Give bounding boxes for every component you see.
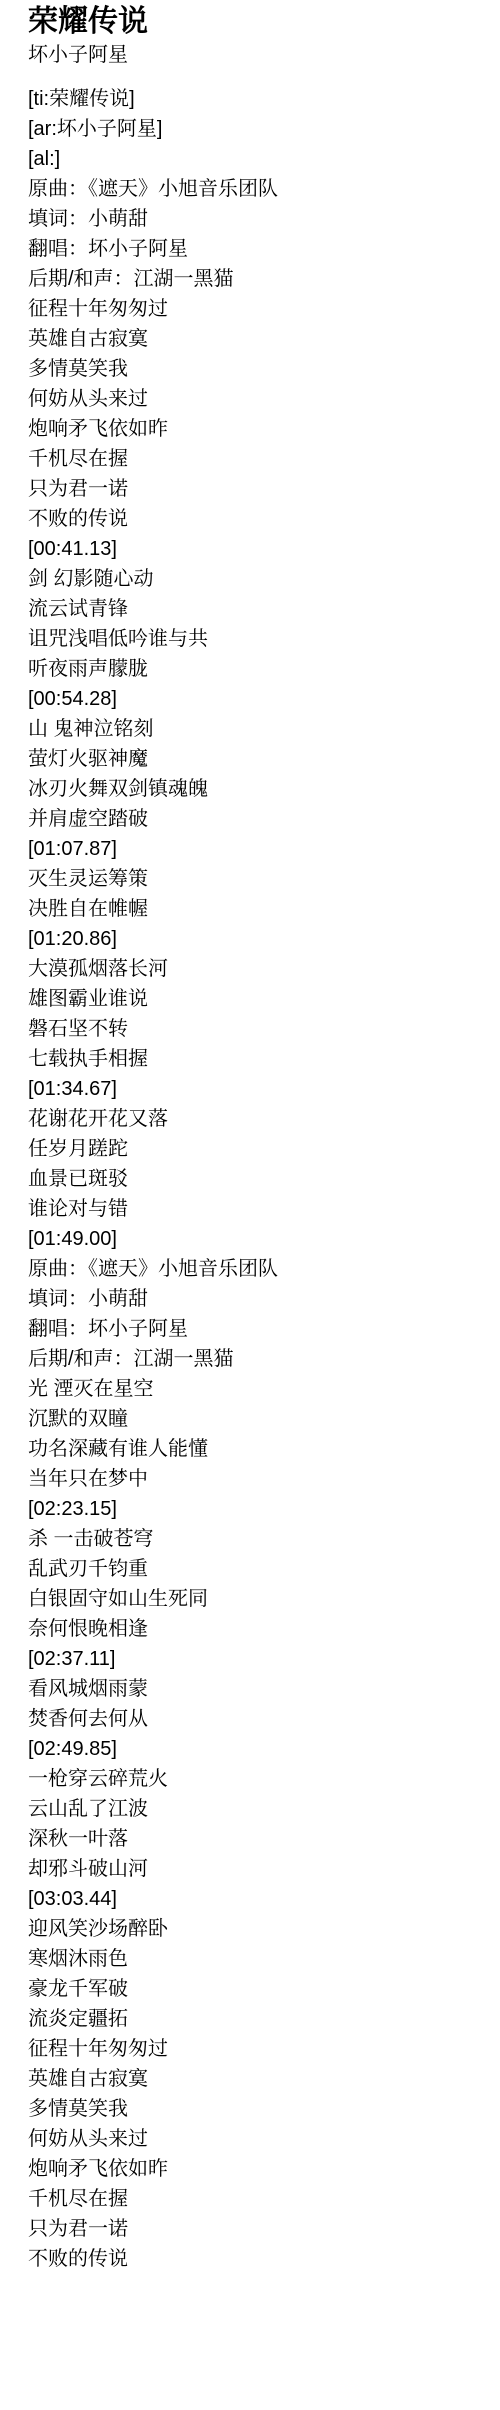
lyric-line: 却邪斗破山河: [28, 1854, 490, 1884]
lyric-line: 功名深藏有谁人能懂: [28, 1434, 490, 1464]
lyric-line: 诅咒浅唱低吟谁与共: [28, 624, 490, 654]
lyric-line: 任岁月蹉跎: [28, 1134, 490, 1164]
lyric-line: 后期/和声：江湖一黑猫: [28, 264, 490, 294]
lyric-line: 乱武刃千钧重: [28, 1554, 490, 1584]
lyric-line: 流炎定疆拓: [28, 2004, 490, 2034]
lyric-line: 听夜雨声朦胧: [28, 654, 490, 684]
lyric-line: 看风城烟雨蒙: [28, 1674, 490, 1704]
lyric-line: [03:03.44]: [28, 1884, 490, 1914]
lyric-line: 磐石坚不转: [28, 1014, 490, 1044]
lyric-line: 翻唱：坏小子阿星: [28, 1314, 490, 1344]
lyric-line: 何妨从头来过: [28, 2124, 490, 2154]
artist-name: 坏小子阿星: [28, 40, 490, 70]
lyric-line: [ti:荣耀传说]: [28, 84, 490, 114]
lyric-line: 填词：小萌甜: [28, 1284, 490, 1314]
lyric-line: 血景已斑驳: [28, 1164, 490, 1194]
lyric-line: 征程十年匆匆过: [28, 2034, 490, 2064]
lyric-line: 光 湮灭在星空: [28, 1374, 490, 1404]
lyric-line: [00:41.13]: [28, 534, 490, 564]
lyric-line: 当年只在梦中: [28, 1464, 490, 1494]
lyric-line: 决胜自在帷幄: [28, 894, 490, 924]
lyric-line: 白银固守如山生死同: [28, 1584, 490, 1614]
lyric-line: 云山乱了江波: [28, 1794, 490, 1824]
lyric-line: 只为君一诺: [28, 474, 490, 504]
lyric-line: 填词：小萌甜: [28, 204, 490, 234]
lyric-line: [01:20.86]: [28, 924, 490, 954]
lyric-line: 山 鬼神泣铭刻: [28, 714, 490, 744]
lyric-line: [02:37.11]: [28, 1644, 490, 1674]
lyric-line: 千机尽在握: [28, 444, 490, 474]
lyric-line: 并肩虚空踏破: [28, 804, 490, 834]
lyric-line: 沉默的双瞳: [28, 1404, 490, 1434]
lyric-line: 炮响矛飞依如昨: [28, 2154, 490, 2184]
lyric-line: 不败的传说: [28, 2244, 490, 2274]
lyric-line: 谁论对与错: [28, 1194, 490, 1224]
lyric-line: [01:49.00]: [28, 1224, 490, 1254]
lyric-line: 炮响矛飞依如昨: [28, 414, 490, 444]
lyric-line: 不败的传说: [28, 504, 490, 534]
lyric-line: 千机尽在握: [28, 2184, 490, 2214]
lyric-line: 花谢花开花又落: [28, 1104, 490, 1134]
lyric-line: [al:]: [28, 144, 490, 174]
lyric-line: 后期/和声：江湖一黑猫: [28, 1344, 490, 1374]
lyric-line: 英雄自古寂寞: [28, 324, 490, 354]
lyric-line: 英雄自古寂寞: [28, 2064, 490, 2094]
lyric-line: 翻唱：坏小子阿星: [28, 234, 490, 264]
lyric-line: [00:54.28]: [28, 684, 490, 714]
lyric-line: 雄图霸业谁说: [28, 984, 490, 1014]
lyrics-body: [ti:荣耀传说][ar:坏小子阿星][al:]原曲：《遮天》小旭音乐团队填词：…: [28, 84, 490, 2274]
page-title: 荣耀传说: [28, 4, 490, 40]
lyric-line: 寒烟沐雨色: [28, 1944, 490, 1974]
lyrics-page: 荣耀传说 坏小子阿星 [ti:荣耀传说][ar:坏小子阿星][al:]原曲：《遮…: [0, 0, 500, 2314]
lyric-line: 只为君一诺: [28, 2214, 490, 2244]
lyric-line: 奈何恨晚相逢: [28, 1614, 490, 1644]
lyric-line: 多情莫笑我: [28, 2094, 490, 2124]
lyric-line: 焚香何去何从: [28, 1704, 490, 1734]
lyric-line: [ar:坏小子阿星]: [28, 114, 490, 144]
lyric-line: [02:23.15]: [28, 1494, 490, 1524]
lyric-line: 一枪穿云碎荒火: [28, 1764, 490, 1794]
lyric-line: 原曲：《遮天》小旭音乐团队: [28, 174, 490, 204]
lyric-line: 萤灯火驱神魔: [28, 744, 490, 774]
lyric-line: 多情莫笑我: [28, 354, 490, 384]
lyric-line: 深秋一叶落: [28, 1824, 490, 1854]
lyric-line: 大漠孤烟落长河: [28, 954, 490, 984]
lyric-line: 豪龙千军破: [28, 1974, 490, 2004]
lyric-line: 流云试青锋: [28, 594, 490, 624]
lyric-line: 原曲：《遮天》小旭音乐团队: [28, 1254, 490, 1284]
lyric-line: 何妨从头来过: [28, 384, 490, 414]
lyric-line: [02:49.85]: [28, 1734, 490, 1764]
lyric-line: 灭生灵运筹策: [28, 864, 490, 894]
lyric-line: 剑 幻影随心动: [28, 564, 490, 594]
lyric-line: 迎风笑沙场醉卧: [28, 1914, 490, 1944]
lyric-line: 杀 一击破苍穹: [28, 1524, 490, 1554]
lyric-line: 冰刃火舞双剑镇魂魄: [28, 774, 490, 804]
lyric-line: 七载执手相握: [28, 1044, 490, 1074]
lyric-line: [01:07.87]: [28, 834, 490, 864]
lyric-line: 征程十年匆匆过: [28, 294, 490, 324]
lyric-line: [01:34.67]: [28, 1074, 490, 1104]
